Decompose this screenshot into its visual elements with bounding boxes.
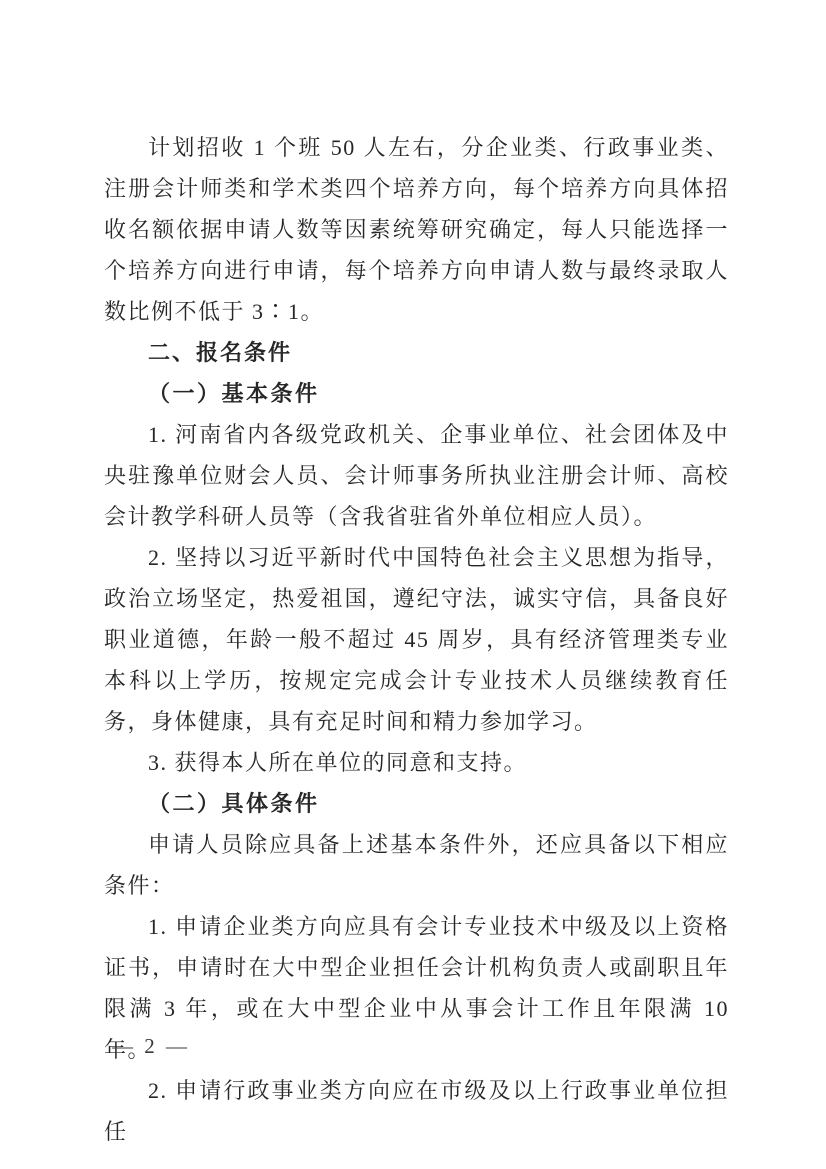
basic-condition-item-3: 3. 获得本人所在单位的同意和支持。 <box>104 742 729 783</box>
subsection-heading-basic-conditions: （一）基本条件 <box>104 373 729 414</box>
basic-condition-item-2: 2. 坚持以习近平新时代中国特色社会主义思想为指导，政治立场坚定，热爱祖国，遵纪… <box>104 537 729 742</box>
document-page: 计划招收 1 个班 50 人左右，分企业类、行政事业类、注册会计师类和学术类四个… <box>0 0 826 1169</box>
subsection-heading-specific-conditions: （二）具体条件 <box>104 783 729 824</box>
specific-conditions-intro: 申请人员除应具备上述基本条件外，还应具备以下相应条件： <box>104 824 729 906</box>
section-heading-registration-conditions: 二、报名条件 <box>104 332 729 373</box>
specific-condition-item-1: 1. 申请企业类方向应具有会计专业技术中级及以上资格证书，申请时在大中型企业担任… <box>104 906 729 1070</box>
page-number: — 2 — <box>112 1034 190 1059</box>
paragraph-enrollment-plan: 计划招收 1 个班 50 人左右，分企业类、行政事业类、注册会计师类和学术类四个… <box>104 127 729 332</box>
document-content: 计划招收 1 个班 50 人左右，分企业类、行政事业类、注册会计师类和学术类四个… <box>104 127 729 1152</box>
basic-condition-item-1: 1. 河南省内各级党政机关、企事业单位、社会团体及中央驻豫单位财会人员、会计师事… <box>104 414 729 537</box>
specific-condition-item-2-truncated: 2. 申请行政事业类方向应在市级及以上行政事业单位担任 <box>104 1070 729 1152</box>
